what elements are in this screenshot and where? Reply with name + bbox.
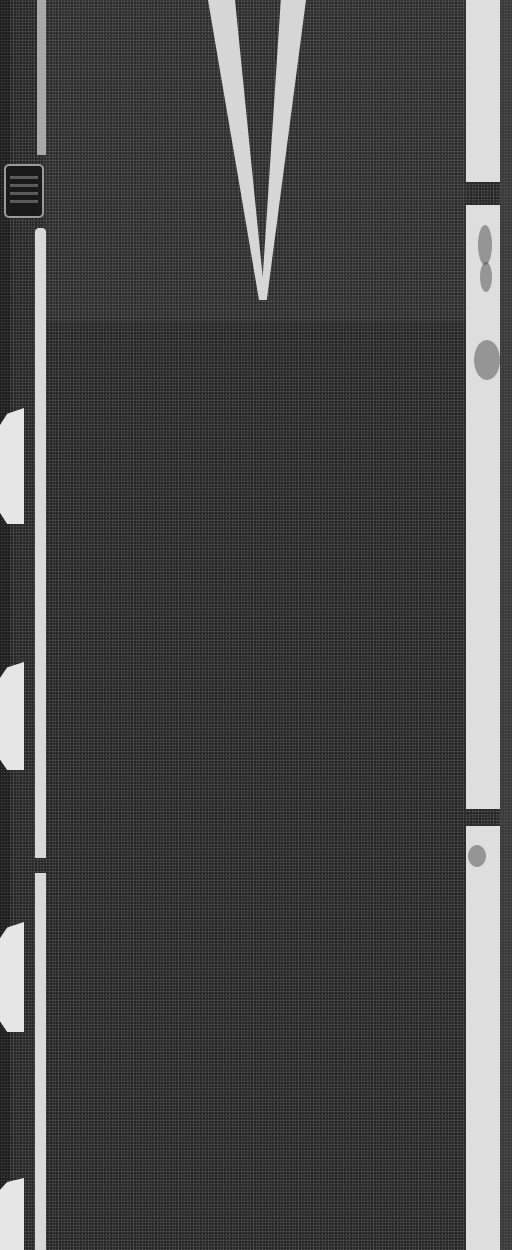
hatch-chevron [0,662,24,770]
stain [480,262,492,292]
left-lane-line-segment [35,873,46,1250]
vehicle-roof-slat [10,176,38,179]
hatch-chevron [0,922,24,1032]
right-edge-marking [466,205,500,809]
left-lane-line-segment [37,0,46,155]
hatch-chevron [0,1178,24,1250]
hatch-chevron [0,408,24,524]
stain [468,845,486,867]
vehicle-roof-slat [10,184,38,187]
right-edge-marking [466,826,500,1250]
stain [474,340,500,380]
right-edge-marking [466,0,500,182]
vehicle-roof-slat [10,192,38,195]
stain [478,225,492,265]
road-aerial-scene [0,0,512,1250]
left-lane-line-segment [35,228,46,858]
right-curb [500,0,512,1250]
vehicle [4,164,44,218]
vehicle-roof-slat [10,200,38,203]
